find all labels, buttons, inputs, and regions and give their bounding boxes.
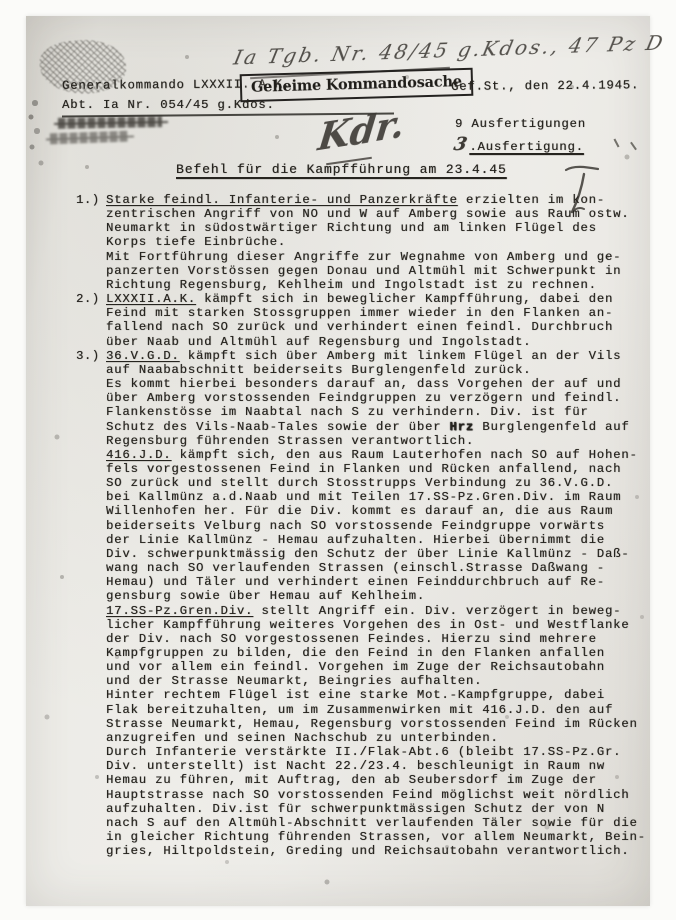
handwritten-copy-number: 3 (452, 134, 470, 155)
text-segment: und vor allem ein feindl. Vorgehen im Zu… (106, 660, 605, 674)
text-segment: Hrz (450, 420, 475, 434)
paper-specks (26, 16, 28, 18)
text-segment: Durch Infanterie verstärkte II./Flak-Abt… (106, 745, 621, 759)
item-lines: LXXXII.A.K. kämpft sich in beweglicher K… (106, 292, 642, 349)
body-line: zentrischen Angriff von NO und W auf Amb… (106, 207, 642, 221)
body-line: Flak bereitzuhalten, um im Zusammenwirke… (106, 703, 646, 717)
body-line: Flankenstösse im Naabtal nach S zu verhi… (106, 405, 646, 419)
body-line: Neumarkt in südostwärtiger Richtung und … (106, 221, 642, 235)
item-lines: 36.V.G.D. kämpft sich über Amberg mit li… (106, 349, 646, 859)
text-segment: Mit Fortführung dieser Angriffe zur Wegn… (106, 250, 621, 264)
body-line: licher Kampfführung weiteres Vorgehen de… (106, 618, 646, 632)
body-line: Mit Fortführung dieser Angriffe zur Wegn… (106, 250, 642, 264)
body-line: SO zurück und stellt durch Stosstrupps V… (106, 476, 646, 490)
pen-tick (630, 142, 637, 151)
underlined-unit-name: 36.V.G.D. (106, 349, 180, 363)
commander-signature-initial: Kdr. (316, 100, 408, 159)
text-segment: bei Kallmünz a.d.Naab und mit Teilen 17.… (106, 490, 621, 504)
body-line: gensburg sowie über Hemau auf Kehlheim. (106, 589, 646, 603)
body-line: und der Strasse Neumarkt, Beingries aufh… (106, 674, 646, 688)
text-segment: Div. schwerpunktmässig den Schutz der üb… (106, 547, 629, 561)
body-line: in gleicher Richtung führenden Strassen,… (106, 830, 646, 844)
document-page: { "annotations": { "handwritten_top": "I… (0, 0, 676, 920)
body-line: Willenhofen her. Für die Div. kommt es d… (106, 504, 646, 518)
text-segment: aufzuhalten. Div.ist für schwerpunktmäss… (106, 802, 605, 816)
text-segment: Hemau) und Täler und verhindert einen Fe… (106, 575, 605, 589)
body-line: 416.J.D. kämpft sich, den aus Raum Laute… (106, 448, 646, 462)
body-line: Hemau) und Täler und verhindert einen Fe… (106, 575, 646, 589)
text-segment: der Linie Kallmünz - Hemau aufzuhalten. … (106, 533, 605, 547)
body-line: beiderseits Velburg nach SO vorstossende… (106, 519, 646, 533)
copies-count: 9 Ausfertigungen (455, 117, 586, 131)
underlined-unit-name: 17.SS-Pz.Gren.Div. (106, 604, 253, 618)
body-line: über Naab und Altmühl auf Regensburg und… (106, 335, 642, 349)
text-segment: über Amberg vorstossenden Feindgruppen z… (106, 391, 621, 405)
text-segment: zentrischen Angriff von NO und W auf Amb… (106, 207, 629, 221)
text-segment: erzielten im kon- (458, 193, 605, 207)
body-line: auf Naababschnitt beiderseits Burglengen… (106, 363, 646, 377)
text-segment: stellt Angriff ein. Div. verzögert in be… (253, 604, 621, 618)
body-line: Regensburg führenden Strassen verantwort… (106, 434, 646, 448)
body-line: 17.SS-Pz.Gren.Div. stellt Angriff ein. D… (106, 604, 646, 618)
text-segment: Korps tiefe Einbrüche. (106, 235, 286, 249)
body-line: fallend nach SO zurück und verhindert ei… (106, 320, 642, 334)
item-lines: Starke feindl. Infanterie- und Panzerkrä… (106, 193, 642, 292)
text-segment: Willenhofen her. Für die Div. kommt es d… (106, 504, 613, 518)
text-segment: auf Naababschnitt beiderseits Burglengen… (106, 363, 531, 377)
body-line: wang nach SO verlaufenden Strassen (eins… (106, 561, 646, 575)
text-segment: SO zurück und stellt durch Stosstrupps V… (106, 476, 613, 490)
text-segment: kämpft sich, den aus Raum Lauterhofen na… (171, 448, 637, 462)
text-segment: Hauptstrasse nach SO vorstossenden Feind… (106, 788, 629, 802)
body-line: anzugreifen und seinen Nachschub zu unte… (106, 731, 646, 745)
body-line: Schutz des Vils-Naab-Tales sowie der übe… (106, 420, 646, 434)
order-item: 3.)36.V.G.D. kämpft sich über Amberg mit… (76, 349, 642, 859)
text-segment: licher Kampfführung weiteres Vorgehen de… (106, 618, 629, 632)
order-title: Befehl für die Kampfführung am 23.4.45 (176, 162, 507, 177)
body-line: Div. schwerpunktmässig den Schutz der üb… (106, 547, 646, 561)
body-line: der Linie Kallmünz - Hemau aufzuhalten. … (106, 533, 646, 547)
body-line: der Div. nach SO vorgestossenen Feindes.… (106, 632, 646, 646)
text-segment: Strasse Neumarkt, Hemau, Regensburg vors… (106, 717, 638, 731)
body-line: Es kommt hierbei besonders darauf an, da… (106, 377, 646, 391)
text-segment: gensburg sowie über Hemau auf Kehlheim. (106, 589, 425, 603)
body-line: LXXXII.A.K. kämpft sich in beweglicher K… (106, 292, 642, 306)
item-number: 1.) (76, 193, 106, 207)
text-segment: panzerten Vorstössen gegen Donau und Alt… (106, 264, 621, 278)
body-line: Hauptstrasse nach SO vorstossenden Feind… (106, 788, 646, 802)
body-line: aufzuhalten. Div.ist für schwerpunktmäss… (106, 802, 646, 816)
body-line: über Amberg vorstossenden Feindgruppen z… (106, 391, 646, 405)
illegible-struck-text (50, 131, 128, 145)
handwritten-registry-note: Ia Tgb. Nr. 48/45 g.Kdos., 47 Pz D (232, 30, 668, 69)
underlined-unit-name: LXXXII.A.K. (106, 292, 196, 306)
text-segment: Flankenstösse im Naabtal nach S zu verhi… (106, 405, 589, 419)
text-segment: Burglengenfeld auf (474, 420, 629, 434)
scanned-page: Ia Tgb. Nr. 48/45 g.Kdos., 47 Pz D Gener… (26, 16, 650, 906)
item-number: 3.) (76, 349, 106, 363)
body-line: bei Kallmünz a.d.Naab und mit Teilen 17.… (106, 490, 646, 504)
body-line: panzerten Vorstössen gegen Donau und Alt… (106, 264, 642, 278)
text-segment: Schutz des Vils-Naab-Tales sowie der übe… (106, 420, 450, 434)
pen-tick (614, 139, 620, 148)
text-segment: anzugreifen und seinen Nachschub zu unte… (106, 731, 499, 745)
text-segment: Kampfgruppen zu bilden, die den Feind in… (106, 646, 605, 660)
text-segment: nach S auf den Altmühl-Abschnitt verlauf… (106, 816, 638, 830)
body-line: Starke feindl. Infanterie- und Panzerkrä… (106, 193, 642, 207)
text-segment: wang nach SO verlaufenden Strassen (eins… (106, 561, 605, 575)
body-line: Hemau zu führen, mit Auftrag, den ab Seu… (106, 773, 646, 787)
order-item: 2.)LXXXII.A.K. kämpft sich in bewegliche… (76, 292, 642, 349)
text-segment: Richtung Regensburg, Kehlheim und Ingols… (106, 278, 597, 292)
text-segment: kämpft sich in beweglicher Kampfführung,… (196, 292, 613, 306)
text-segment: Neumarkt in südostwärtiger Richtung und … (106, 221, 597, 235)
body-line: Strasse Neumarkt, Hemau, Regensburg vors… (106, 717, 646, 731)
text-segment: der Div. nach SO vorgestossenen Feindes.… (106, 632, 597, 646)
body-line: 36.V.G.D. kämpft sich über Amberg mit li… (106, 349, 646, 363)
text-segment: in gleicher Richtung führenden Strassen,… (106, 830, 646, 844)
copy-suffix: .Ausfertigung. (469, 140, 584, 154)
body-line: Div. unterstellt) ist Nacht 22./23.4. be… (106, 759, 646, 773)
underlined-unit-name: Starke feindl. Infanterie- und Panzerkrä… (106, 193, 458, 207)
place-date-line: Gef.St., den 22.4.1945. (451, 78, 639, 94)
body-line: und vor allem ein feindl. Vorgehen im Zu… (106, 660, 646, 674)
text-segment: Flak bereitzuhalten, um im Zusammenwirke… (106, 703, 613, 717)
copy-number-line: 3.Ausfertigung. (454, 134, 584, 155)
text-segment: gries, Hiltpoldstein, Greding und Reichs… (106, 844, 629, 858)
text-segment: Regensburg führenden Strassen verantwort… (106, 434, 474, 448)
body-line: fels vorgestossenen Feind in Flanken und… (106, 462, 646, 476)
text-segment: fels vorgestossenen Feind in Flanken und… (106, 462, 621, 476)
text-segment: fallend nach SO zurück und verhindert ei… (106, 320, 613, 334)
item-number: 2.) (76, 292, 106, 306)
underlined-unit-name: 416.J.D. (106, 448, 171, 462)
body-line: Feind mit starken Stossgruppen immer wie… (106, 306, 642, 320)
illegible-struck-text (58, 116, 162, 129)
file-reference: Abt. Ia Nr. 054/45 g.Kdos. (62, 98, 275, 112)
order-body: 1.)Starke feindl. Infanterie- und Panzer… (76, 193, 642, 858)
body-line: Kampfgruppen zu bilden, die den Feind in… (106, 646, 646, 660)
body-line: Richtung Regensburg, Kehlheim und Ingols… (106, 278, 642, 292)
body-line: Durch Infanterie verstärkte II./Flak-Abt… (106, 745, 646, 759)
text-segment: Div. unterstellt) ist Nacht 22./23.4. be… (106, 759, 605, 773)
body-line: nach S auf den Altmühl-Abschnitt verlauf… (106, 816, 646, 830)
body-line: Korps tiefe Einbrüche. (106, 235, 642, 249)
body-line: Hinter rechtem Flügel ist eine starke Mo… (106, 688, 646, 702)
order-item: 1.)Starke feindl. Infanterie- und Panzer… (76, 193, 642, 292)
text-segment: kämpft sich über Amberg mit linkem Flüge… (180, 349, 622, 363)
text-segment: Feind mit starken Stossgruppen immer wie… (106, 306, 613, 320)
text-segment: Hinter rechtem Flügel ist eine starke Mo… (106, 688, 605, 702)
text-segment: über Naab und Altmühl auf Regensburg und… (106, 335, 531, 349)
body-line: gries, Hiltpoldstein, Greding und Reichs… (106, 844, 646, 858)
text-segment: Es kommt hierbei besonders darauf an, da… (106, 377, 621, 391)
text-segment: beiderseits Velburg nach SO vorstossende… (106, 519, 605, 533)
text-segment: und der Strasse Neumarkt, Beingries aufh… (106, 674, 482, 688)
text-segment: Hemau zu führen, mit Auftrag, den ab Seu… (106, 773, 597, 787)
